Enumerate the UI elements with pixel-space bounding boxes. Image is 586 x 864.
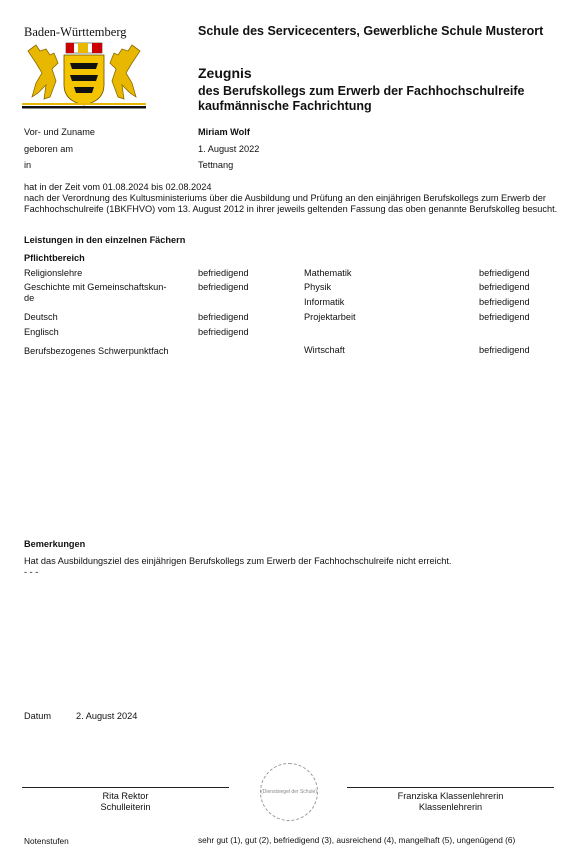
teacher-role: Klassenlehrerin (347, 802, 554, 813)
grades-section-title: Leistungen in den einzelnen Fächern (24, 235, 185, 246)
right-signature-line (347, 787, 554, 788)
school-name: Schule des Servicecenters, Gewerbliche S… (198, 24, 578, 39)
grade-value: befriedigend (198, 327, 249, 338)
document-title: Zeugnis (198, 65, 252, 81)
seal-text: (Dienstsiegel der Schule) (261, 789, 317, 795)
place-value: Tettnang (198, 160, 233, 171)
left-signature-block: Rita Rektor Schulleiterin (22, 791, 229, 813)
remarks-text: Hat das Ausbildungsziel des einjährigen … (24, 556, 569, 567)
remarks-dashes: - - - (24, 567, 38, 578)
subtitle-line-1: des Berufskollegs zum Erwerb der Fachhoc… (198, 84, 578, 99)
attendance-body: nach der Verordnung des Kultusministeriu… (24, 193, 569, 215)
remarks-title: Bemerkungen (24, 539, 85, 550)
state-name: Baden-Württemberg (24, 25, 127, 40)
grade-subject: Deutsch (24, 312, 194, 323)
name-label: Vor- und Zuname (24, 127, 95, 138)
place-label: in (24, 160, 31, 171)
grade-value: befriedigend (479, 297, 530, 308)
name-value: Miriam Wolf (198, 127, 250, 138)
required-title: Pflichtbereich (24, 253, 85, 264)
grade-subject: Geschichte mit Gemeinschaftskun- de (24, 282, 194, 304)
grade-value: befriedigend (479, 282, 530, 293)
coat-of-arms-icon (22, 41, 146, 109)
grade-subject: Mathematik (304, 268, 352, 279)
attendance-paragraph: hat in der Zeit vom 01.08.2024 bis 02.08… (24, 182, 569, 215)
focus-label: Berufsbezogenes Schwerpunktfach (24, 346, 169, 357)
teacher-name: Franziska Klassenlehrerin (347, 791, 554, 802)
birth-value: 1. August 2022 (198, 144, 259, 155)
left-signature-line (22, 787, 229, 788)
focus-subject: Wirtschaft (304, 345, 345, 356)
principal-name: Rita Rektor (22, 791, 229, 802)
grade-subject: Projektarbeit (304, 312, 356, 323)
grade-value: befriedigend (198, 282, 249, 293)
grade-value: befriedigend (198, 312, 249, 323)
grade-subject: Englisch (24, 327, 194, 338)
grade-value: befriedigend (198, 268, 249, 279)
attendance-line-1: hat in der Zeit vom 01.08.2024 bis 02.08… (24, 182, 569, 193)
date-label: Datum (24, 711, 51, 722)
right-signature-block: Franziska Klassenlehrerin Klassenlehreri… (347, 791, 554, 813)
document-subtitle: des Berufskollegs zum Erwerb der Fachhoc… (198, 84, 578, 114)
grade-scale-label: Notenstufen (24, 836, 69, 846)
official-seal-placeholder: (Dienstsiegel der Schule) (260, 763, 318, 821)
focus-grade: befriedigend (479, 345, 530, 356)
grade-value: befriedigend (479, 268, 530, 279)
grade-value: befriedigend (479, 312, 530, 323)
date-value: 2. August 2024 (76, 711, 137, 722)
grade-subject: Physik (304, 282, 331, 293)
birth-label: geboren am (24, 144, 73, 155)
principal-role: Schulleiterin (22, 802, 229, 813)
grade-subject: Informatik (304, 297, 344, 308)
grade-subject: Religionslehre (24, 268, 194, 279)
grade-scale: sehr gut (1), gut (2), befriedigend (3),… (198, 835, 515, 845)
subtitle-line-2: kaufmännische Fachrichtung (198, 99, 578, 114)
